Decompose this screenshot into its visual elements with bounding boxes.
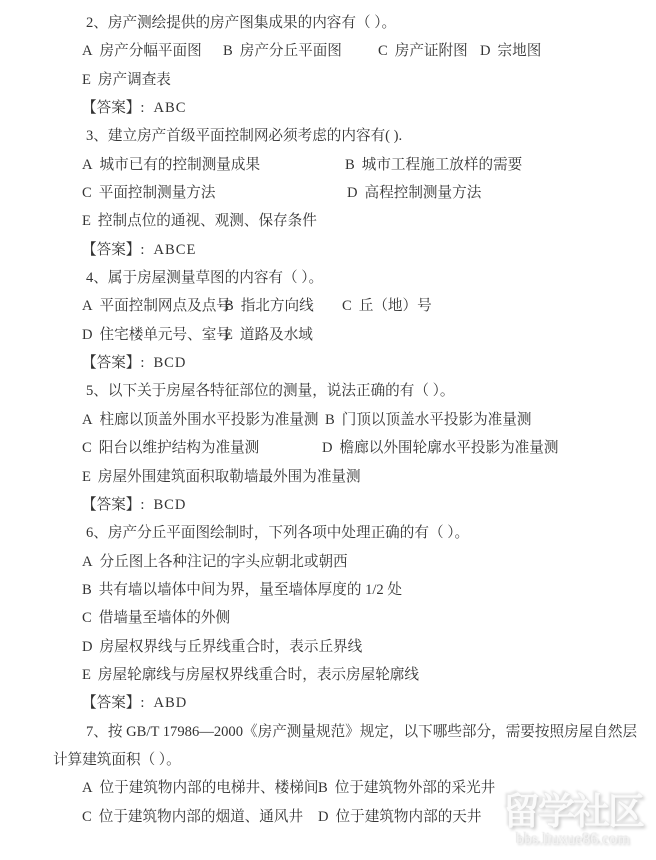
option-B: B门顶以顶盖水平投影为准量测 <box>325 406 531 434</box>
option-label: A <box>82 298 93 314</box>
option-label: C <box>342 298 352 314</box>
options-row: A平面控制网点及点号B指北方向线C丘（地）号 <box>53 292 656 320</box>
question-block: 6、房产分丘平面图绘制时，下列各项中处理正确的有（ ）。A分丘图上各种注记的字头… <box>53 519 656 717</box>
option-D: D住宅楼单元号、室号 <box>82 321 231 349</box>
option-A: A房产分幅平面图 <box>82 37 202 65</box>
option-text: 柱廊以顶盖外围水平投影为准量测 <box>100 412 319 428</box>
answer-value: ABD <box>153 695 187 711</box>
option-label: A <box>82 780 93 796</box>
option-A: A位于建筑物内部的电梯井、楼梯间 <box>82 774 318 802</box>
option-B: B城市工程施工放样的需要 <box>345 151 522 179</box>
option-label: C <box>378 43 388 59</box>
option-label: C <box>82 610 92 626</box>
option-label: A <box>82 554 93 570</box>
option-B: B指北方向线 <box>224 292 314 320</box>
option-text: 平面控制测量方法 <box>99 185 216 201</box>
option-text: 城市已有的控制测量成果 <box>100 157 261 173</box>
question-block: 5、以下关于房屋各特征部位的测量，说法正确的有（ ）。A柱廊以顶盖外围水平投影为… <box>53 377 656 519</box>
option-label: A <box>82 43 93 59</box>
option-E: E房屋轮廓线与房屋权界线重合时，表示房屋轮廓线 <box>82 661 419 689</box>
option-label: D <box>480 43 491 59</box>
option-text: 房产调查表 <box>98 72 171 88</box>
option-label: E <box>82 667 91 683</box>
answer-value: BCD <box>153 497 186 513</box>
option-label: A <box>82 412 93 428</box>
answer-label: 【答案】: <box>82 695 144 711</box>
option-C: C平面控制测量方法 <box>82 179 216 207</box>
option-text: 平面控制网点及点号 <box>100 298 231 314</box>
option-text: 位于建筑物内部的天井 <box>336 809 482 825</box>
option-label: A <box>82 157 93 173</box>
option-D: D位于建筑物内部的天井 <box>318 803 482 831</box>
question-block: 3、建立房产首级平面控制网必须考虑的内容有( ).A城市已有的控制测量成果B城市… <box>53 122 656 264</box>
watermark-logo: 留学社区 <box>492 794 654 831</box>
answer-value: ABC <box>153 100 186 116</box>
options-row: C阳台以维护结构为准量测D檐廊以外围轮廓水平投影为准量测 <box>53 434 656 462</box>
option-text: 房产分丘平面图 <box>240 43 342 59</box>
option-D: D高程控制测量方法 <box>347 179 481 207</box>
question-stem-continuation: 计算建筑面积（ ）。 <box>53 746 656 774</box>
options-row: E房屋外围建筑面积取勒墙最外围为准量测 <box>53 463 656 491</box>
option-label: E <box>224 327 233 343</box>
option-text: 指北方向线 <box>241 298 314 314</box>
option-D: D房屋权界线与丘界线重合时，表示丘界线 <box>82 633 362 661</box>
option-A: A分丘图上各种注记的字头应朝北或朝西 <box>82 548 348 576</box>
answer-value: BCD <box>153 355 186 371</box>
answer-line: 【答案】:ABCE <box>53 236 656 264</box>
options-row: D房屋权界线与丘界线重合时，表示丘界线 <box>53 633 656 661</box>
watermark: 留学社区 bbs.liuxue86.com <box>492 794 654 848</box>
question-stem: 6、房产分丘平面图绘制时，下列各项中处理正确的有（ ）。 <box>53 519 656 547</box>
option-E: E房产调查表 <box>82 66 171 94</box>
options-row: E控制点位的通视、观测、保存条件 <box>53 207 656 235</box>
answer-line: 【答案】:ABD <box>53 689 656 717</box>
option-text: 位于建筑物内部的电梯井、楼梯间 <box>100 780 319 796</box>
option-text: 位于建筑物内部的烟道、通风井 <box>99 809 303 825</box>
option-label: C <box>82 809 92 825</box>
option-label: D <box>82 639 93 655</box>
options-row: A城市已有的控制测量成果B城市工程施工放样的需要 <box>53 151 656 179</box>
option-text: 房屋轮廓线与房屋权界线重合时，表示房屋轮廓线 <box>98 667 419 683</box>
options-row: E房屋轮廓线与房屋权界线重合时，表示房屋轮廓线 <box>53 661 656 689</box>
option-text: 丘（地）号 <box>359 298 432 314</box>
option-text: 住宅楼单元号、室号 <box>100 327 231 343</box>
option-text: 宗地图 <box>498 43 542 59</box>
options-row: D住宅楼单元号、室号E道路及水域 <box>53 321 656 349</box>
option-label: E <box>82 469 91 485</box>
option-text: 阳台以维护结构为准量测 <box>99 440 260 456</box>
option-label: C <box>82 185 92 201</box>
question-block: 4、属于房屋测量草图的内容有（ ）。A平面控制网点及点号B指北方向线C丘（地）号… <box>53 264 656 377</box>
question-stem: 2、房产测绘提供的房产图集成果的内容有（ ）。 <box>53 9 656 37</box>
option-E: E控制点位的通视、观测、保存条件 <box>82 207 317 235</box>
option-B: B房产分丘平面图 <box>223 37 342 65</box>
option-text: 位于建筑物外部的采光井 <box>335 780 496 796</box>
answer-line: 【答案】:ABC <box>53 94 656 122</box>
option-text: 房产证附图 <box>395 43 468 59</box>
answer-label: 【答案】: <box>82 100 144 116</box>
option-text: 门顶以顶盖水平投影为准量测 <box>342 412 532 428</box>
option-label: B <box>82 582 92 598</box>
option-text: 房产分幅平面图 <box>100 43 202 59</box>
option-label: D <box>318 809 329 825</box>
option-label: D <box>347 185 358 201</box>
option-A: A平面控制网点及点号 <box>82 292 231 320</box>
question-block: 2、房产测绘提供的房产图集成果的内容有（ ）。A房产分幅平面图B房产分丘平面图C… <box>53 9 656 122</box>
option-E: E房屋外围建筑面积取勒墙最外围为准量测 <box>82 463 361 491</box>
option-text: 檐廊以外围轮廓水平投影为准量测 <box>340 440 559 456</box>
option-text: 城市工程施工放样的需要 <box>362 157 523 173</box>
option-E: E道路及水域 <box>224 321 313 349</box>
question-stem: 4、属于房屋测量草图的内容有（ ）。 <box>53 264 656 292</box>
option-D: D宗地图 <box>480 37 541 65</box>
option-label: B <box>224 298 234 314</box>
options-row: C平面控制测量方法D高程控制测量方法 <box>53 179 656 207</box>
questions-list: 2、房产测绘提供的房产图集成果的内容有（ ）。A房产分幅平面图B房产分丘平面图C… <box>53 9 656 831</box>
option-B: B共有墙以墙体中间为界，量至墙体厚度的 1/2 处 <box>82 576 402 604</box>
option-B: B位于建筑物外部的采光井 <box>318 774 495 802</box>
options-row: E房产调查表 <box>53 66 656 94</box>
answer-label: 【答案】: <box>82 497 144 513</box>
answer-line: 【答案】:BCD <box>53 349 656 377</box>
option-label: B <box>318 780 328 796</box>
option-text: 共有墙以墙体中间为界，量至墙体厚度的 1/2 处 <box>99 582 402 598</box>
option-text: 借墙量至墙体的外侧 <box>99 610 230 626</box>
options-row: A柱廊以顶盖外围水平投影为准量测B门顶以顶盖水平投影为准量测 <box>53 406 656 434</box>
answer-line: 【答案】:BCD <box>53 491 656 519</box>
option-label: D <box>82 327 93 343</box>
answer-label: 【答案】: <box>82 355 144 371</box>
option-text: 高程控制测量方法 <box>365 185 482 201</box>
option-A: A城市已有的控制测量成果 <box>82 151 260 179</box>
question-stem: 7、按 GB/T 17986—2000《房产测量规范》规定，以下哪些部分，需要按… <box>53 718 656 746</box>
option-label: B <box>345 157 355 173</box>
option-D: D檐廊以外围轮廓水平投影为准量测 <box>322 434 558 462</box>
option-C: C借墙量至墙体的外侧 <box>82 604 230 632</box>
options-row: B共有墙以墙体中间为界，量至墙体厚度的 1/2 处 <box>53 576 656 604</box>
option-label: D <box>322 440 333 456</box>
option-label: C <box>82 440 92 456</box>
options-row: A房产分幅平面图B房产分丘平面图C房产证附图D宗地图 <box>53 37 656 65</box>
answer-label: 【答案】: <box>82 242 144 258</box>
option-text: 道路及水域 <box>240 327 313 343</box>
option-label: E <box>82 72 91 88</box>
option-A: A柱廊以顶盖外围水平投影为准量测 <box>82 406 318 434</box>
document-page: 2、房产测绘提供的房产图集成果的内容有（ ）。A房产分幅平面图B房产分丘平面图C… <box>0 0 656 860</box>
options-row: A分丘图上各种注记的字头应朝北或朝西 <box>53 548 656 576</box>
answer-value: ABCE <box>153 242 196 258</box>
option-C: C房产证附图 <box>378 37 468 65</box>
option-label: B <box>325 412 335 428</box>
question-stem: 3、建立房产首级平面控制网必须考虑的内容有( ). <box>53 122 656 150</box>
option-label: B <box>223 43 233 59</box>
option-C: C位于建筑物内部的烟道、通风井 <box>82 803 303 831</box>
option-text: 控制点位的通视、观测、保存条件 <box>98 213 317 229</box>
option-text: 房屋外围建筑面积取勒墙最外围为准量测 <box>98 469 361 485</box>
option-C: C阳台以维护结构为准量测 <box>82 434 259 462</box>
option-C: C丘（地）号 <box>342 292 432 320</box>
option-text: 分丘图上各种注记的字头应朝北或朝西 <box>100 554 348 570</box>
option-text: 房屋权界线与丘界线重合时，表示丘界线 <box>100 639 363 655</box>
option-label: E <box>82 213 91 229</box>
watermark-url: bbs.liuxue86.com <box>492 832 654 848</box>
question-stem: 5、以下关于房屋各特征部位的测量，说法正确的有（ ）。 <box>53 377 656 405</box>
options-row: C借墙量至墙体的外侧 <box>53 604 656 632</box>
